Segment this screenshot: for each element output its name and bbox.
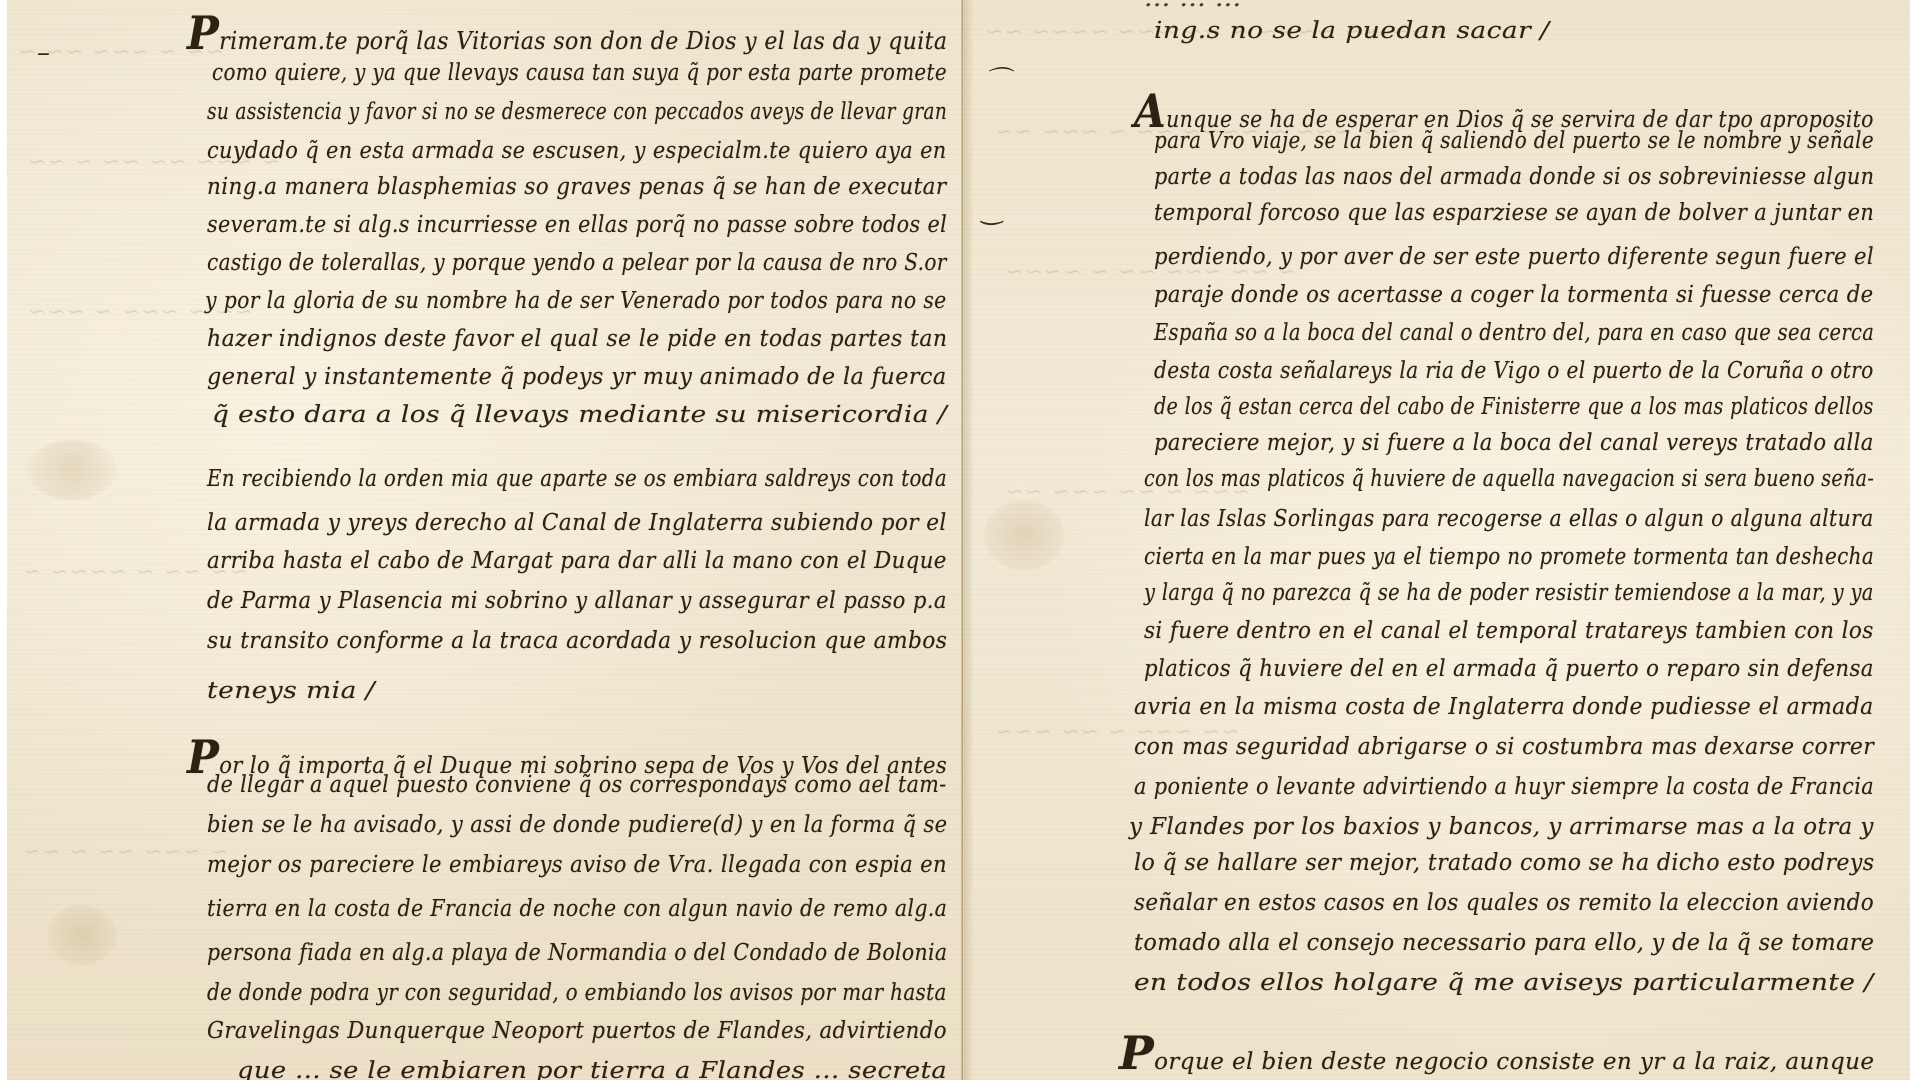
manuscript-line: severam.te si alg.s incurriesse en ellas… bbox=[207, 212, 947, 238]
manuscript-line: hazer indignos deste favor el qual se le… bbox=[207, 326, 947, 352]
manuscript-line: q̃ esto dara a los q̃ llevays mediante s… bbox=[212, 402, 947, 428]
manuscript-line: que ... se le embiaren por tierra a Flan… bbox=[237, 1058, 947, 1080]
manuscript-line: temporal forcoso que las esparziese se a… bbox=[1154, 200, 1874, 226]
paper-stain bbox=[27, 440, 117, 500]
margin-dash-mark: ⌒ bbox=[984, 60, 1010, 97]
manuscript-line: cuydado q̃ en esta armada se escusen, y … bbox=[207, 138, 947, 164]
manuscript-line: y Flandes por los baxios y bancos, y arr… bbox=[1129, 814, 1874, 840]
manuscript-line: persona fiada en alg.a playa de Normandi… bbox=[207, 940, 947, 966]
manuscript-line: bien se le ha avisado, y assi de donde p… bbox=[207, 812, 947, 838]
manuscript-line: y larga q̃ no parezca q̃ se ha de poder … bbox=[1144, 580, 1874, 606]
manuscript-line: pareciere mejor, y si fuere a la boca de… bbox=[1154, 430, 1874, 456]
bleed-through-text: ~ ~~~ ~~ ~ ~~ bbox=[22, 840, 229, 865]
manuscript-line: de los q̃ estan cerca del cabo de Finist… bbox=[1154, 394, 1874, 420]
manuscript-line: platicos q̃ huviere del en el armada q̃ … bbox=[1144, 656, 1874, 682]
manuscript-line: tierra en la costa de Francia de noche c… bbox=[207, 896, 947, 922]
margin-dash-mark: ‿ bbox=[982, 196, 1003, 226]
manuscript-line: la armada y yreys derecho al Canal de In… bbox=[207, 510, 947, 536]
manuscript-line: Gravelingas Dunquerque Neoport puertos d… bbox=[207, 1018, 947, 1044]
manuscript-line: perdiendo, y por aver de ser este puerto… bbox=[1154, 244, 1874, 270]
manuscript-line: a poniente o levante advirtiendo a huyr … bbox=[1134, 774, 1874, 800]
manuscript-line: como quiere, y ya que llevays causa tan … bbox=[212, 60, 947, 86]
manuscript-line: con mas seguridad abrigarse o si costumb… bbox=[1134, 734, 1874, 760]
manuscript-line: de Parma y Plasencia mi sobrino y allana… bbox=[207, 588, 947, 614]
manuscript-line: en todos ellos holgare q̃ me aviseys par… bbox=[1134, 970, 1874, 996]
manuscript-line: Primeram.te porq̃ las Vitorias son don d… bbox=[187, 6, 947, 60]
manuscript-line: su transito conforme a la traca acordada… bbox=[207, 628, 947, 654]
manuscript-line: parte a todas las naos del armada donde … bbox=[1154, 164, 1874, 190]
manuscript-line: lar las Islas Sorlingas para recogerse a… bbox=[1144, 506, 1874, 532]
manuscript-line: arriba hasta el cabo de Margat para dar … bbox=[207, 548, 947, 574]
margin-dash-mark: – bbox=[37, 38, 50, 68]
manuscript-line: España so a la boca del canal o dentro d… bbox=[1154, 320, 1874, 346]
manuscript-line: con los mas platicos q̃ huviere de aquel… bbox=[1144, 466, 1874, 492]
manuscript-line: ... ... ... bbox=[1144, 0, 1242, 12]
right-page: ~~~ ~~ ~~~~ ~ ~~ ~~~ ~~~~ ~~ ~~ ~~~ ~ ~~… bbox=[964, 0, 1910, 1080]
paper-stain bbox=[47, 905, 117, 965]
manuscript-line: ing.s no se la puedan sacar / bbox=[1154, 18, 1549, 44]
manuscript-line: En recibiendo la orden mia que aparte se… bbox=[207, 466, 947, 492]
manuscript-line: avria en la misma costa de Inglaterra do… bbox=[1134, 694, 1874, 720]
manuscript-line: ning.a manera blasphemias so graves pena… bbox=[207, 174, 947, 200]
left-page: ~~ ~ ~~~ ~~ ~ ~ ~~~ ~~ ~~ ~ ~~ ~~ ~ ~~~ … bbox=[7, 0, 963, 1080]
manuscript-line: de donde podra yr con seguridad, o embia… bbox=[207, 980, 947, 1006]
manuscript-line: si fuere dentro en el canal el temporal … bbox=[1144, 618, 1874, 644]
manuscript-line: su assistencia y favor si no se desmerec… bbox=[207, 99, 947, 125]
manuscript-line: desta costa señalareys la ria de Vigo o … bbox=[1154, 358, 1874, 384]
page-edge-shadow bbox=[964, 0, 974, 1080]
manuscript-line: general y instantemente q̃ podeys yr muy… bbox=[207, 364, 947, 390]
manuscript-line: señalar en estos casos en los quales os … bbox=[1134, 890, 1874, 916]
manuscript-line: cierta en la mar pues ya el tiempo no pr… bbox=[1144, 544, 1874, 570]
manuscript-line: teneys mia / bbox=[207, 678, 375, 704]
manuscript-line: castigo de tolerallas, y porque yendo a … bbox=[207, 250, 947, 276]
manuscript-line: Porque el bien deste negocio consiste en… bbox=[1119, 1026, 1874, 1080]
manuscript-line: paraje donde os acertasse a coger la tor… bbox=[1154, 282, 1874, 308]
manuscript-line: tomado alla el consejo necessario para e… bbox=[1134, 930, 1874, 956]
manuscript-line: lo q̃ se hallare ser mejor, tratado como… bbox=[1134, 850, 1874, 876]
paper-stain bbox=[984, 500, 1064, 570]
manuscript-line: de llegar a aquel puesto conviene q̃ os … bbox=[207, 772, 947, 798]
manuscript-line: y por la gloria de su nombre ha de ser V… bbox=[205, 288, 947, 314]
manuscript-scan: ~~ ~ ~~~ ~~ ~ ~ ~~~ ~~ ~~ ~ ~~ ~~ ~ ~~~ … bbox=[0, 0, 1920, 1080]
manuscript-line: mejor os pareciere le embiareys aviso de… bbox=[207, 852, 947, 878]
manuscript-line: para Vro viaje, se la bien q̃ saliendo d… bbox=[1154, 128, 1874, 154]
